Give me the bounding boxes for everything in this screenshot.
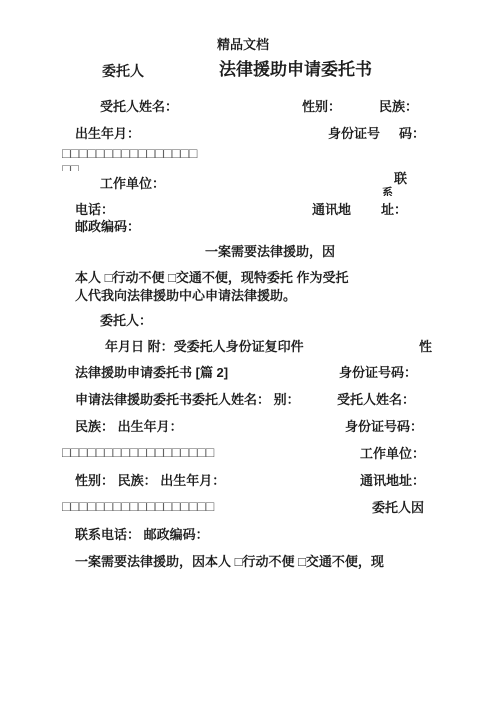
doc-pretitle: 委托人 bbox=[102, 63, 144, 80]
label-comm-addr-2: 通讯地址： bbox=[360, 473, 425, 488]
case-needs-aid-line-2: 一案需要法律援助，因本人 □行动不便 □交通不便，现 bbox=[75, 554, 384, 569]
label-contact-xi: 系 bbox=[382, 186, 393, 196]
principal-because-fragment: 委托人因 bbox=[372, 500, 424, 515]
apply-name-line: 申请法律援助委托书委托人姓名： 别： bbox=[75, 392, 300, 407]
label-comm-addr-part2: 址： bbox=[381, 202, 407, 217]
id-boxes-row3: □□□□□□□□□□□□□□□□□□ bbox=[62, 499, 214, 514]
phone-postal-line: 联系电话： 邮政编码： bbox=[75, 527, 209, 542]
label-trustee-name: 受托人姓名： bbox=[100, 99, 178, 114]
date-attachment-line: 年月日 附：受委托人身份证复印件 bbox=[105, 339, 304, 354]
label-birth-date: 出生年月： bbox=[75, 126, 140, 141]
ethnicity-birth-line: 民族： 出生年月： bbox=[75, 419, 183, 434]
label-trustee-name-2: 受托人姓名： bbox=[337, 392, 415, 407]
label-id-number-r1: 身份证号码： bbox=[339, 365, 417, 380]
id-boxes-row1: □□□□□□□□□□□□□□□□ bbox=[62, 146, 197, 161]
document-page: 精品文档 委托人 法律援助申请委托书 受托人姓名： 性别： 民族： 出生年月： … bbox=[0, 0, 500, 708]
consent-paragraph-line2: 人代我向法律援助中心申请法律援助。 bbox=[75, 288, 296, 303]
label-phone: 电话： bbox=[75, 202, 114, 217]
label-comm-addr-part1: 通讯地 bbox=[312, 202, 351, 217]
id-boxes-row2: □□□□□□□□□□□□□□□□□□ bbox=[62, 445, 214, 460]
case-needs-aid-line: 一案需要法律援助，因 bbox=[205, 244, 335, 259]
label-gender: 性别： bbox=[302, 99, 341, 114]
label-contact-lian: 联 bbox=[394, 171, 407, 186]
label-ethnicity: 民族： bbox=[379, 99, 418, 114]
doc-header: 精品文档 bbox=[217, 37, 269, 52]
label-postal-code: 邮政编码： bbox=[75, 219, 140, 234]
label-work-unit-2: 工作单位： bbox=[360, 446, 425, 461]
id-boxes-row1-wrap: □□ bbox=[62, 162, 79, 171]
label-id-number-part2: 码： bbox=[399, 126, 425, 141]
doc-title: 法律援助申请委托书 bbox=[219, 60, 372, 80]
label-principal: 委托人： bbox=[100, 313, 152, 328]
consent-paragraph-line1: 本人 □行动不便 □交通不便，现特委托 作为受托 bbox=[75, 270, 349, 285]
section2-title: 法律援助申请委托书 [篇 2] bbox=[75, 365, 228, 380]
gender-ethnicity-birth-line: 性别： 民族： 出生年月： bbox=[75, 473, 225, 488]
label-id-number-part1: 身份证号 bbox=[328, 126, 380, 141]
stray-gender-fragment: 性 bbox=[419, 339, 432, 354]
label-work-unit: 工作单位： bbox=[100, 176, 165, 191]
label-id-number-r2: 身份证号码： bbox=[345, 419, 423, 434]
